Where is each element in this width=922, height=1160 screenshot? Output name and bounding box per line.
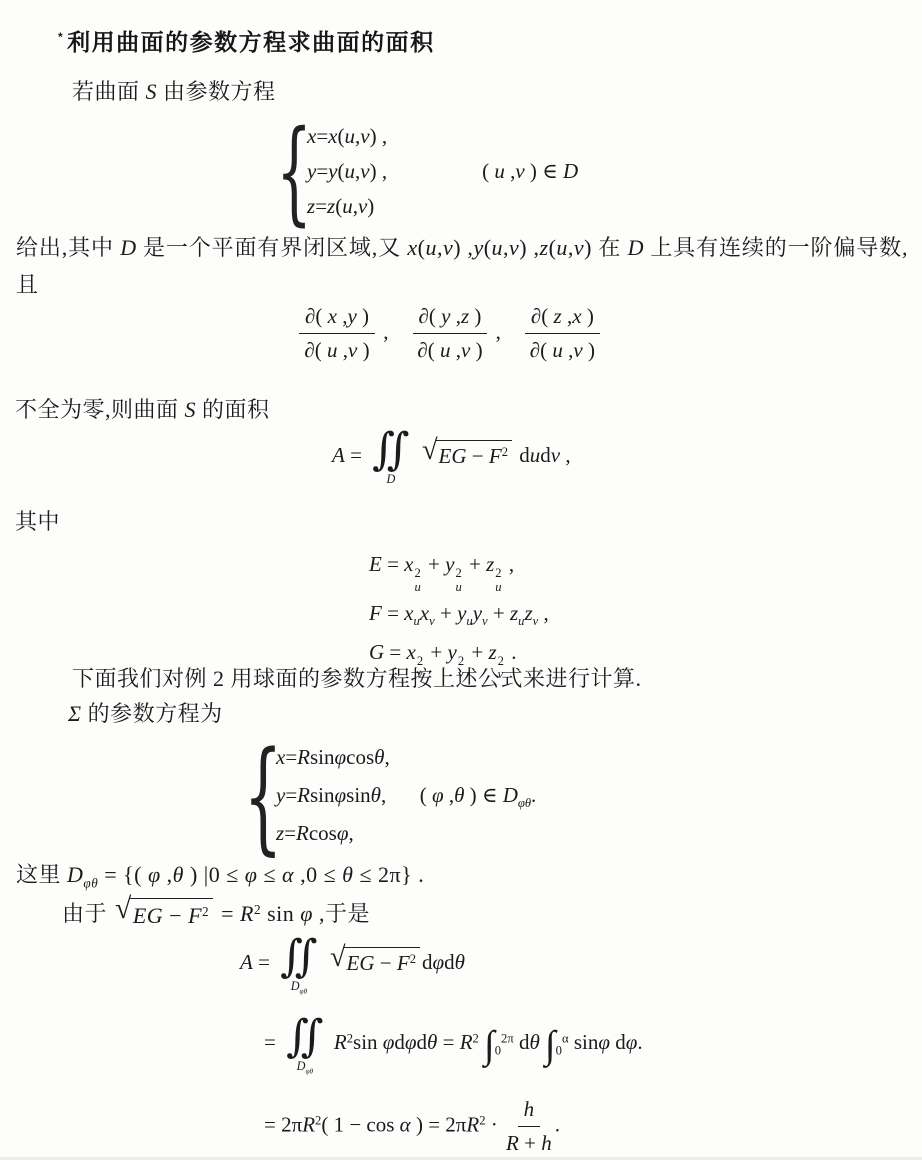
math-superscript: 2 bbox=[479, 1114, 485, 1128]
math-numerator: ∂( y ,z ) bbox=[413, 303, 488, 334]
math-radicand: EG − F2 bbox=[436, 440, 512, 470]
math-sub: u bbox=[455, 581, 461, 594]
math-variable: z bbox=[327, 193, 335, 220]
math-subscript: v bbox=[482, 614, 488, 628]
math-variable: Σ bbox=[68, 701, 82, 726]
math-radical-sign: √ bbox=[422, 437, 438, 465]
math-variable: D bbox=[563, 159, 578, 183]
math-variable: y bbox=[445, 552, 454, 576]
math-under-limit: ∬Dφθ bbox=[280, 937, 318, 992]
math-variable: v bbox=[515, 159, 524, 183]
math-superscript: 2 bbox=[410, 952, 416, 966]
math-variable: F bbox=[489, 444, 502, 468]
footnote-asterisk: * bbox=[58, 30, 64, 44]
math-subscript: φθ bbox=[83, 875, 98, 890]
math-variable: u bbox=[345, 158, 356, 185]
system-equation-row: y = Rsin φ sin θ , bbox=[276, 777, 390, 815]
intro-line: 若曲面 S 由参数方程 bbox=[72, 77, 276, 107]
math-under-limit: ∬Dφθ bbox=[286, 1017, 324, 1072]
math-variable: φθ bbox=[305, 1066, 313, 1075]
where-label: 其中 bbox=[15, 507, 60, 537]
math-stacked-scripts: 2u bbox=[495, 567, 501, 593]
math-operator-glyph: ∬ bbox=[372, 430, 410, 471]
system-domain: ( u ,v ) ∈ D bbox=[482, 158, 578, 185]
parametric-system-uv: { x = x( u ,v ) , y = y( u ,v ) , z = z(… bbox=[281, 119, 578, 224]
math-numerator: ∂( x ,y ) bbox=[299, 303, 375, 334]
math-variable: S bbox=[146, 79, 158, 104]
math-denominator: ∂( u ,v ) bbox=[530, 334, 595, 364]
math-subscript: φθ bbox=[305, 1066, 313, 1075]
math-variable: x bbox=[328, 123, 337, 150]
math-variable: φθ bbox=[83, 875, 98, 890]
math-variable: φ bbox=[383, 1030, 395, 1054]
math-variable: x bbox=[572, 304, 581, 328]
math-superscript: 2 bbox=[347, 1031, 353, 1045]
math-variable: x bbox=[404, 601, 413, 625]
system-equation-row: x = Rsin φ cos θ , bbox=[276, 739, 390, 777]
math-variable: α bbox=[400, 1113, 411, 1137]
math-variable: φθ bbox=[300, 986, 308, 995]
math-variable: R bbox=[296, 820, 309, 847]
math-variable: y bbox=[441, 304, 450, 328]
math-variable: φ bbox=[432, 783, 444, 807]
math-variable: v bbox=[358, 193, 367, 220]
math-under-limit: ∬D bbox=[372, 430, 410, 485]
math-subscript: 0 bbox=[556, 1043, 562, 1057]
calc-line-2: = ∬Dφθ R2sin φdφdθ = R2 ∫02π dθ ∫0α sinφ… bbox=[264, 1017, 643, 1072]
math-variable: θ bbox=[455, 950, 465, 974]
math-variable: x bbox=[420, 601, 429, 625]
math-variable: α bbox=[282, 862, 294, 887]
math-variable: v bbox=[443, 235, 453, 260]
system-equation-row: z = z( u ,v ) bbox=[307, 189, 387, 224]
system-equation-row: z = R cos φ , bbox=[276, 815, 390, 853]
math-radical: √EG − F2 bbox=[115, 898, 213, 931]
math-variable: EG bbox=[133, 903, 163, 928]
math-variable: φ bbox=[245, 862, 258, 887]
math-variable: φ bbox=[335, 782, 347, 809]
system-domain: ( φ ,θ ) ∈ Dφθ. bbox=[420, 782, 537, 809]
math-variable: v bbox=[348, 338, 357, 362]
calc-line-1: A = ∬Dφθ √EG − F2dφdθ bbox=[240, 937, 465, 992]
math-subscript: 0 bbox=[495, 1043, 501, 1057]
math-variable: φ bbox=[148, 862, 161, 887]
math-stacked-scripts: 2u bbox=[455, 567, 461, 593]
math-variable: D bbox=[628, 235, 644, 260]
math-variable: φ bbox=[300, 901, 313, 926]
math-denominator: ∂( u ,v ) bbox=[304, 334, 369, 364]
math-fraction: ∂( y ,z )∂( u ,v ) bbox=[413, 303, 488, 365]
math-variable: u bbox=[530, 443, 541, 467]
math-operator-glyph: ∬ bbox=[280, 937, 318, 978]
math-variable: y bbox=[347, 304, 356, 328]
math-variable: R bbox=[506, 1131, 519, 1155]
math-variable: θ bbox=[454, 783, 464, 807]
math-variable: θ bbox=[371, 782, 381, 809]
math-superscript: 2 bbox=[502, 445, 508, 459]
since-line: 由于 √EG − F2 = R2 sin φ ,于是 bbox=[62, 898, 370, 931]
math-denominator: ∂( u ,v ) bbox=[417, 334, 482, 364]
math-variable: y bbox=[328, 158, 337, 185]
math-variable: φ bbox=[598, 1030, 610, 1054]
math-variable: θ bbox=[342, 862, 353, 887]
system-rows: x = Rsin φ cos θ , y = Rsin φ sin θ , z … bbox=[276, 739, 390, 853]
math-variable: x bbox=[404, 552, 413, 576]
math-variable: z bbox=[554, 304, 562, 328]
math-subscript: φθ bbox=[518, 797, 531, 811]
math-variable: D bbox=[291, 979, 300, 993]
math-variable: EG bbox=[439, 444, 467, 468]
math-variable: z bbox=[524, 601, 532, 625]
math-fraction: ∂( z ,x )∂( u ,v ) bbox=[525, 303, 600, 365]
math-variable: u bbox=[342, 193, 353, 220]
math-variable: S bbox=[185, 397, 197, 422]
math-variable: R bbox=[460, 1030, 473, 1054]
system-rows: x = x( u ,v ) , y = y( u ,v ) , z = z( u… bbox=[307, 119, 387, 224]
jacobian-row: ∂( x ,y )∂( u ,v ) , ∂( y ,z )∂( u ,v ) … bbox=[296, 303, 603, 365]
math-superscript: α bbox=[562, 1031, 569, 1045]
math-variable: A bbox=[240, 950, 253, 974]
math-radical-sign: √ bbox=[330, 944, 346, 972]
math-variable: F bbox=[397, 951, 410, 975]
sigma-intro-line: Σ 的参数方程为 bbox=[68, 699, 223, 729]
math-variable: v bbox=[533, 614, 539, 628]
math-numerator: h bbox=[518, 1096, 541, 1127]
math-radicand: EG − F2 bbox=[130, 898, 213, 931]
math-variable: R bbox=[334, 1030, 347, 1054]
math-variable: v bbox=[429, 614, 435, 628]
math-sub: u bbox=[495, 581, 501, 594]
math-variable: R bbox=[297, 782, 310, 809]
math-variable: z bbox=[486, 552, 494, 576]
math-variable: θ bbox=[173, 862, 184, 887]
system-equation-row: y = y( u ,v ) , bbox=[307, 154, 387, 189]
math-variable: u bbox=[415, 580, 421, 594]
math-variable: u bbox=[552, 338, 563, 362]
math-variable: θ bbox=[529, 1030, 539, 1054]
efg-definitions: E = x2u + y2u + z2u , F = xuxv + yuyv + … bbox=[369, 545, 549, 681]
math-lower-limit: D bbox=[387, 473, 396, 485]
math-variable: D bbox=[120, 235, 136, 260]
math-variable: EG bbox=[347, 951, 375, 975]
math-variable: D bbox=[387, 472, 396, 486]
math-variable: u bbox=[425, 235, 437, 260]
math-radical-sign: √ bbox=[115, 895, 132, 925]
math-variable: u bbox=[440, 338, 451, 362]
math-variable: x bbox=[407, 235, 417, 260]
math-variable: F bbox=[188, 903, 202, 928]
paragraph-continuity: 给出,其中 D 是一个平面有界闭区域,又 x(u,v) ,y(u,v) ,z(u… bbox=[16, 229, 908, 303]
section-title-text: 利用曲面的参数方程求曲面的面积 bbox=[67, 29, 435, 55]
region-definition: 这里 Dφθ = {( φ ,θ ) |0 ≤ φ ≤ α ,0 ≤ θ ≤ 2… bbox=[16, 860, 424, 890]
math-variable: θ bbox=[427, 1030, 437, 1054]
math-variable: φ bbox=[433, 950, 445, 974]
math-variable: φ bbox=[626, 1030, 638, 1054]
math-variable: h bbox=[524, 1097, 535, 1121]
math-variable: u bbox=[492, 235, 504, 260]
math-superscript: 2 bbox=[315, 1114, 321, 1128]
math-variable: v bbox=[573, 338, 582, 362]
math-variable: φ bbox=[335, 744, 347, 771]
math-variable: D bbox=[503, 783, 518, 807]
math-variable: R bbox=[297, 744, 310, 771]
math-variable: v bbox=[482, 614, 488, 628]
math-variable: u bbox=[556, 235, 568, 260]
math-variable: z bbox=[461, 304, 469, 328]
math-radical: √EG − F2 bbox=[330, 947, 420, 977]
area-formula: A = ∬D √EG − F2 dudv , bbox=[332, 430, 571, 485]
math-big-operator: ∫ bbox=[484, 1024, 495, 1067]
math-variable: v bbox=[360, 123, 369, 150]
math-superscript: 2 bbox=[202, 904, 209, 919]
math-variable: y bbox=[457, 601, 466, 625]
math-fraction: hR + h bbox=[506, 1096, 552, 1158]
math-variable: v bbox=[360, 158, 369, 185]
math-fraction: ∂( x ,y )∂( u ,v ) bbox=[299, 303, 375, 365]
math-lower-limit: Dφθ bbox=[291, 980, 307, 992]
math-superscript: 2 bbox=[254, 902, 261, 917]
parametric-system-sphere: { x = Rsin φ cos θ , y = Rsin φ sin θ , … bbox=[250, 739, 536, 853]
math-operator-glyph: ∬ bbox=[286, 1017, 324, 1058]
math-variable: v bbox=[574, 235, 584, 260]
math-variable: G bbox=[369, 640, 384, 664]
math-variable: D bbox=[67, 862, 83, 887]
math-radical: √EG − F2 bbox=[422, 440, 512, 470]
math-sub: u bbox=[415, 581, 421, 594]
math-superscript: 2 bbox=[473, 1031, 479, 1045]
math-lower-limit: Dφθ bbox=[297, 1060, 313, 1072]
math-variable: u bbox=[494, 159, 505, 183]
math-denominator: R + h bbox=[506, 1127, 552, 1157]
system-equation-row: x = x( u ,v ) , bbox=[307, 119, 387, 154]
math-variable: y bbox=[473, 235, 483, 260]
math-variable: θ bbox=[374, 744, 384, 771]
math-variable: v bbox=[461, 338, 470, 362]
math-subscript: φθ bbox=[300, 986, 308, 995]
math-variable: v bbox=[551, 443, 560, 467]
math-variable: R bbox=[240, 901, 254, 926]
math-subscript: v bbox=[533, 614, 539, 628]
example-intro-line: 下面我们对例 2 用球面的参数方程按上述公式来进行计算. bbox=[72, 664, 642, 694]
math-variable: z bbox=[510, 601, 518, 625]
math-numerator: ∂( z ,x ) bbox=[525, 303, 600, 334]
math-variable: u bbox=[495, 580, 501, 594]
calc-line-3: = 2πR2( 1 − cos α ) = 2πR2 · hR + h. bbox=[264, 1096, 560, 1158]
math-variable: x bbox=[407, 640, 416, 664]
efg-line-f: F = xuxv + yuyv + zuzv , bbox=[369, 594, 549, 633]
math-variable: φ bbox=[337, 820, 349, 847]
math-variable: A bbox=[332, 443, 345, 467]
math-variable: y bbox=[473, 601, 482, 625]
section-title: *利用曲面的参数方程求曲面的面积 bbox=[58, 24, 435, 57]
math-variable: u bbox=[327, 338, 338, 362]
math-stacked-scripts: 2u bbox=[415, 567, 421, 593]
math-variable: x bbox=[328, 304, 337, 328]
textbook-page: *利用曲面的参数方程求曲面的面积 若曲面 S 由参数方程 { x = x( u … bbox=[0, 0, 922, 1160]
math-variable: z bbox=[488, 640, 496, 664]
math-variable: R bbox=[466, 1113, 479, 1137]
math-variable: φθ bbox=[518, 797, 531, 811]
math-variable: h bbox=[541, 1131, 552, 1155]
math-variable: φ bbox=[405, 1030, 417, 1054]
nonzero-line: 不全为零,则曲面 S 的面积 bbox=[15, 395, 270, 425]
math-variable: y bbox=[447, 640, 456, 664]
math-variable: u bbox=[455, 580, 461, 594]
math-radicand: EG − F2 bbox=[344, 947, 420, 977]
math-superscript: 2π bbox=[501, 1031, 514, 1045]
math-variable: v bbox=[509, 235, 519, 260]
math-subscript: v bbox=[429, 614, 435, 628]
efg-line-e: E = x2u + y2u + z2u , bbox=[369, 545, 549, 594]
math-variable: R bbox=[302, 1113, 315, 1137]
math-variable: z bbox=[540, 235, 549, 260]
math-big-operator: ∫ bbox=[545, 1024, 556, 1067]
math-variable: E bbox=[369, 552, 382, 576]
math-variable: u bbox=[345, 123, 356, 150]
math-variable: F bbox=[369, 601, 382, 625]
